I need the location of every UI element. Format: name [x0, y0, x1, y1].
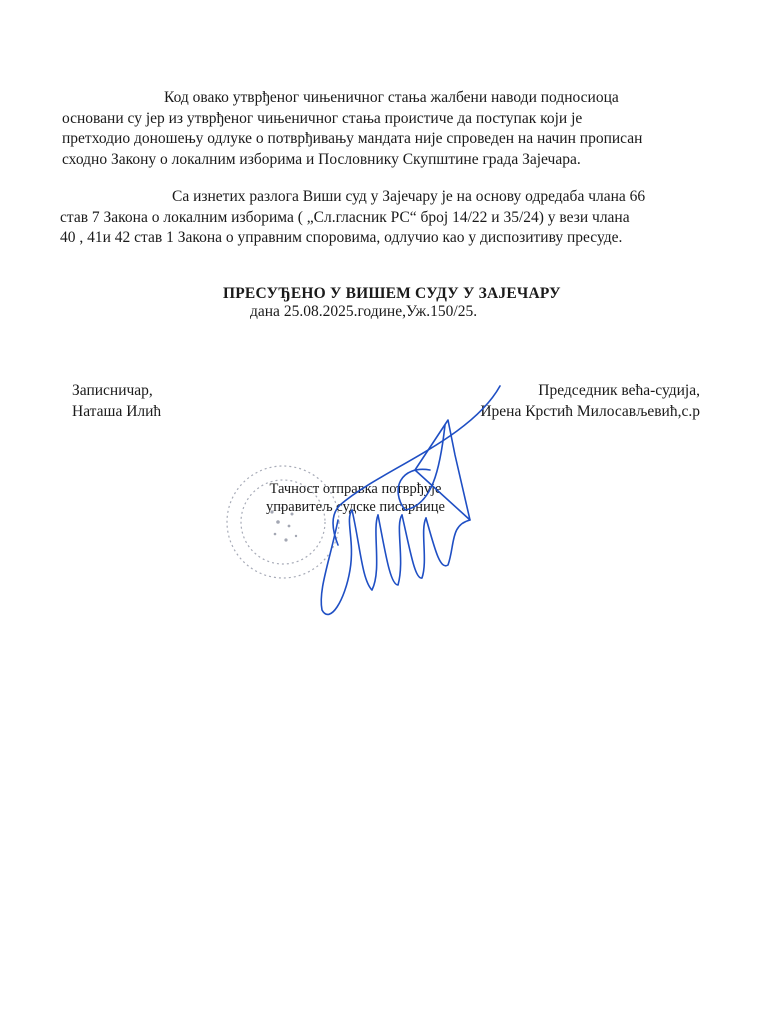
- verdict-date-line: дана 25.08.2025.године,Уж.150/25.: [250, 303, 477, 321]
- paragraph-line: Код овако утврђеног чињеничног стања жал…: [62, 88, 716, 109]
- judge-name: Ирена Крстић Милосављевић,с.р: [448, 401, 700, 422]
- judge-signature-block: Председник већа-судија, Ирена Крстић Мил…: [448, 380, 700, 422]
- judge-role: Председник већа-судија,: [448, 380, 700, 401]
- clerk-name: Наташа Илић: [72, 401, 161, 422]
- clerk-role: Записничар,: [72, 380, 161, 401]
- certification-line-1: Тачност отправка потврђује: [266, 480, 445, 498]
- certification-line-2: управитељ судске писарнице: [266, 498, 445, 516]
- paragraph-line: претходио доношењу одлуке о потврђивању …: [62, 129, 716, 150]
- paragraph-line: 40 , 41и 42 став 1 Закона о управним спо…: [60, 228, 712, 249]
- clerk-signature-block: Записничар, Наташа Илић: [72, 380, 161, 422]
- reasoning-paragraph-2: Са изнетих разлога Виши суд у Зајечару ј…: [60, 187, 712, 249]
- certification-text: Тачност отправка потврђује управитељ суд…: [266, 480, 445, 516]
- paragraph-line: став 7 Закона о локалним изборима ( „Сл.…: [60, 208, 712, 229]
- paragraph-line: сходно Закону о локалним изборима и Посл…: [62, 150, 716, 171]
- paragraph-line: основани су јер из утврђеног чињеничног …: [62, 109, 716, 130]
- reasoning-paragraph-1: Код овако утврђеног чињеничног стања жал…: [62, 88, 716, 170]
- paragraph-line: Са изнетих разлога Виши суд у Зајечару ј…: [60, 187, 712, 208]
- verdict-title: ПРЕСУЂЕНО У ВИШЕМ СУДУ У ЗАЈЕЧАРУ: [223, 285, 561, 303]
